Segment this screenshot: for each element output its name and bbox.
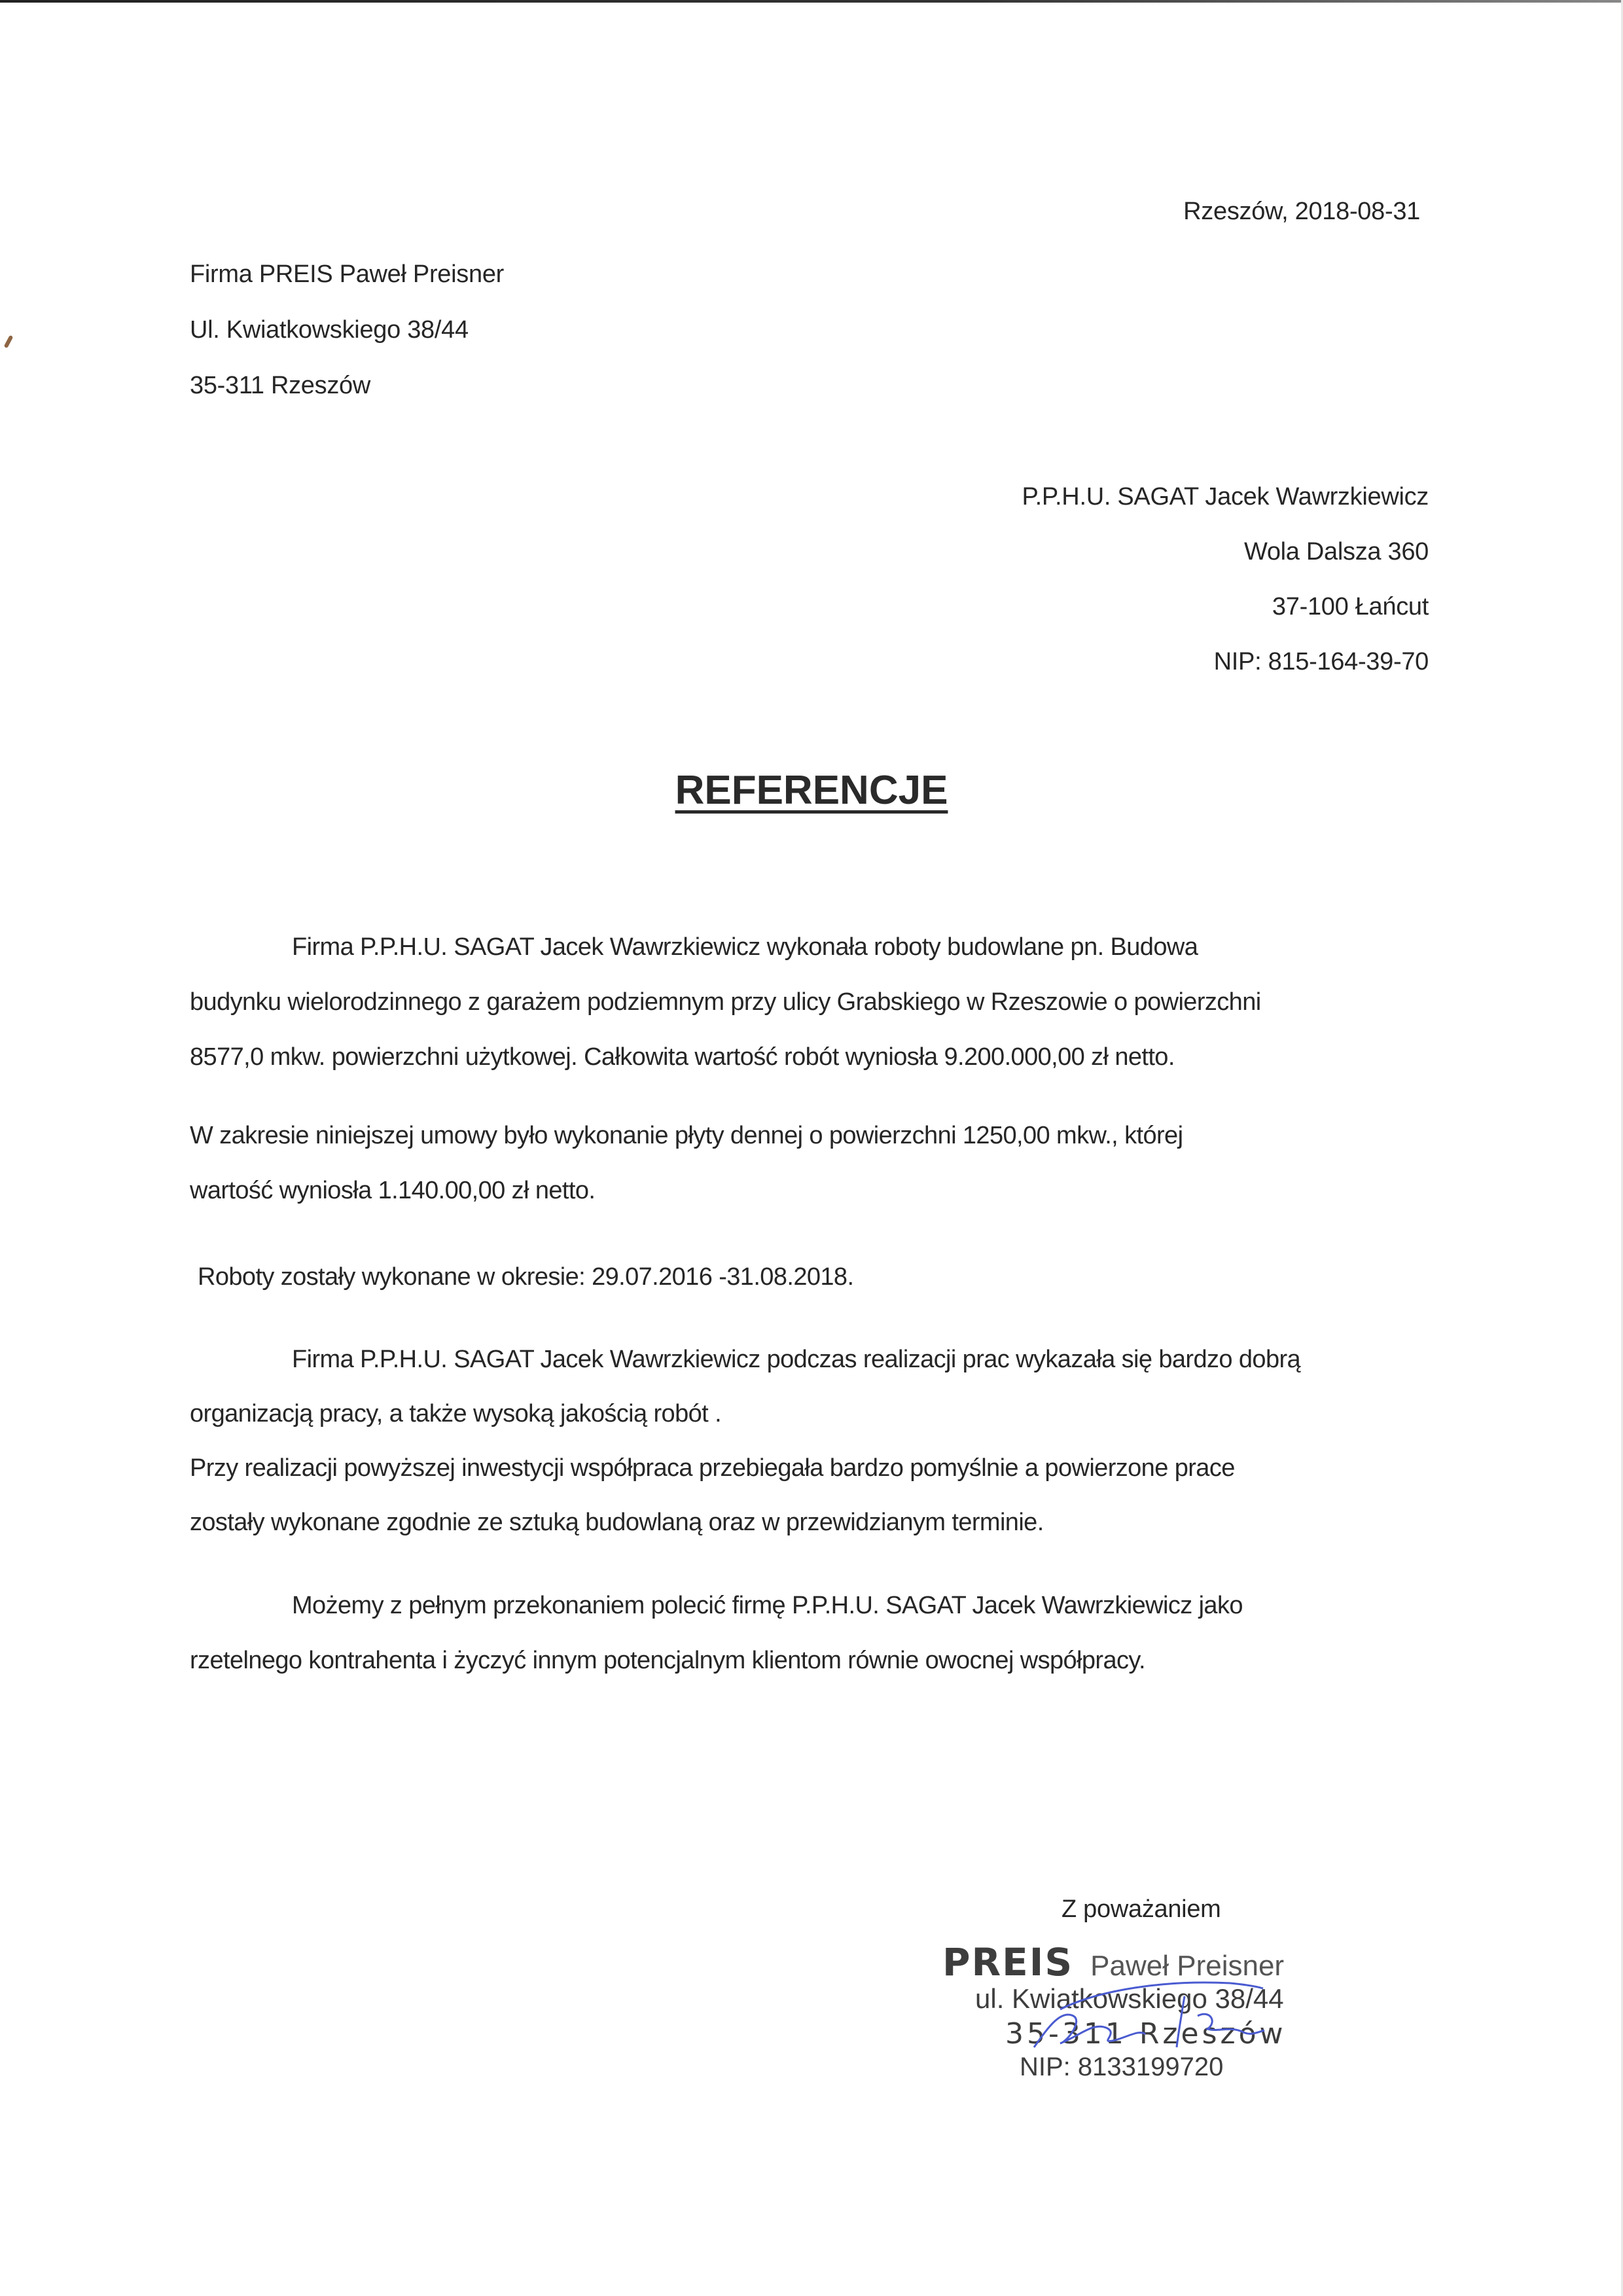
scan-speck [4, 335, 14, 348]
recipient-nip: NIP: 815-164-39-70 [1022, 647, 1429, 702]
recipient-address: P.P.H.U. SAGAT Jacek Wawrzkiewicz Wola D… [1022, 482, 1429, 702]
paragraph-scope: Firma P.P.H.U. SAGAT Jacek Wawrzkiewicz … [190, 932, 1433, 1097]
paragraph-contract-scope: W zakresie niniejszej umowy było wykonan… [190, 1121, 1433, 1230]
sender-street: Ul. Kwiatkowskiego 38/44 [190, 315, 504, 370]
place-date: Rzeszów, 2018-08-31 [1183, 196, 1420, 226]
paragraph-line: 8577,0 mkw. powierzchni użytkowej. Całko… [190, 1042, 1433, 1097]
recipient-city: 37-100 Łańcut [1022, 592, 1429, 647]
paragraph-line: wartość wyniosła 1.140.00,00 zł netto. [190, 1175, 1433, 1230]
stamp-city: 35-311 Rzeszów [1005, 2017, 1287, 2051]
paragraph-line: Przy realizacji powyższej inwestycji wsp… [190, 1453, 1433, 1507]
sender-address: Firma PREIS Paweł Preisner Ul. Kwiatkows… [190, 259, 504, 426]
scan-top-edge [0, 0, 1623, 3]
paragraph-line: rzetelnego kontrahenta i życzyć innym po… [190, 1645, 1433, 1700]
paragraph-line: organizacją pracy, a także wysoką jakośc… [190, 1399, 1433, 1453]
closing-salutation: Z poważaniem [1061, 1894, 1221, 1924]
recipient-name: P.P.H.U. SAGAT Jacek Wawrzkiewicz [1022, 482, 1429, 537]
sender-city: 35-311 Rzeszów [190, 370, 504, 426]
stamp-owner: Paweł Preisner [1090, 1950, 1284, 1982]
paragraph-period: Roboty zostały wykonane w okresie: 29.07… [190, 1262, 1441, 1317]
sender-name: Firma PREIS Paweł Preisner [190, 259, 504, 315]
document-title: REFERENCJE [0, 766, 1623, 816]
recipient-street: Wola Dalsza 360 [1022, 537, 1429, 592]
paragraph-line: budynku wielorodzinnego z garażem podzie… [190, 987, 1433, 1042]
paragraph-line: zostały wykonane zgodnie ze sztuką budow… [190, 1507, 1433, 1562]
stamp-brand: PREIS [942, 1940, 1073, 1984]
paragraph-recommendation: Możemy z pełnym przekonaniem polecić fir… [190, 1590, 1433, 1700]
paragraph-line: W zakresie niniejszej umowy było wykonan… [190, 1121, 1433, 1175]
paragraph-line: Firma P.P.H.U. SAGAT Jacek Wawrzkiewicz … [190, 932, 1433, 987]
stamp-nip: NIP: 8133199720 [1020, 2053, 1223, 2082]
paragraph-evaluation: Firma P.P.H.U. SAGAT Jacek Wawrzkiewicz … [190, 1344, 1433, 1562]
company-stamp: PREISPaweł Preisner ul. Kwiatkowskiego 3… [942, 1931, 1309, 2088]
paragraph-line: Możemy z pełnym przekonaniem polecić fir… [190, 1590, 1433, 1645]
stamp-street: ul. Kwiatkowskiego 38/44 [975, 1983, 1284, 2015]
paragraph-line: Firma P.P.H.U. SAGAT Jacek Wawrzkiewicz … [190, 1344, 1433, 1399]
paragraph-line: Roboty zostały wykonane w okresie: 29.07… [198, 1262, 1441, 1317]
stamp-header: PREISPaweł Preisner [942, 1940, 1284, 1984]
